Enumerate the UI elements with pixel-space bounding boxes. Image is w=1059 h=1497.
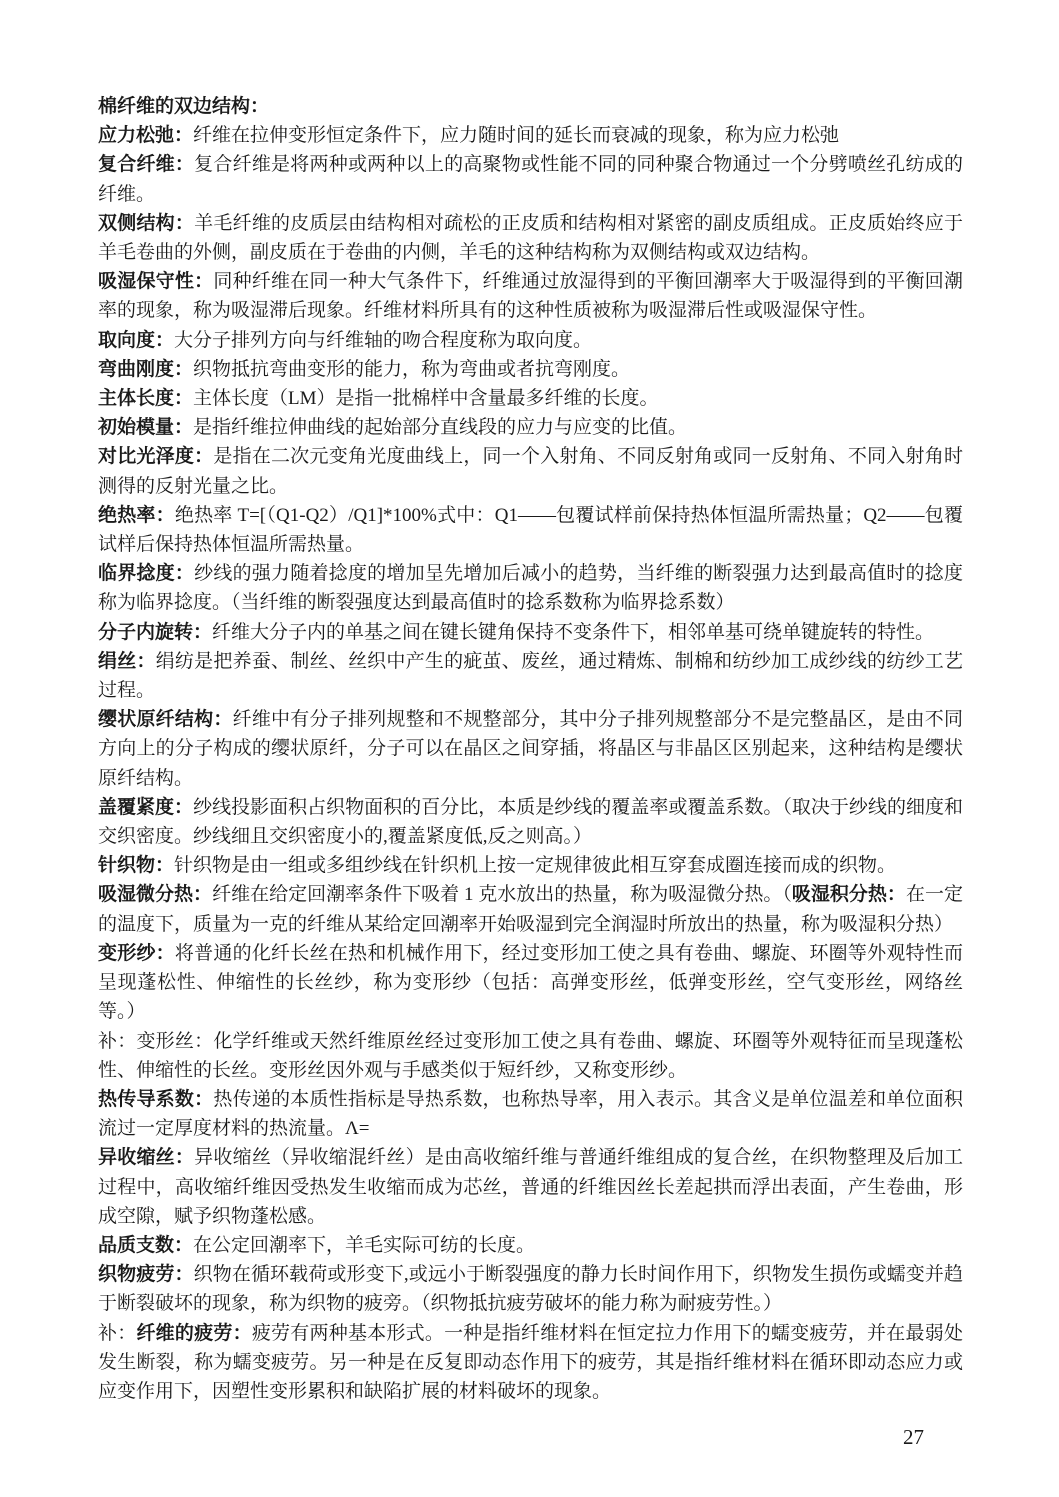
definition-paragraph: 分子内旋转：纤维大分子内的单基之间在键长键角保持不变条件下，相邻单基可绕单键旋转… xyxy=(98,618,963,647)
definition-paragraph: 对比光泽度：是指在二次元变角光度曲线上，同一个入射角、不同反射角或同一反射角、不… xyxy=(98,442,963,500)
definition-paragraph: 棉纤维的双边结构： xyxy=(98,92,963,121)
term-label: 主体长度： xyxy=(98,388,193,409)
definition-text: 绢纺是把养蚕、制丝、丝织中产生的疵茧、废丝，通过精炼、制棉和纺纱加工成纱线的纺纱… xyxy=(98,651,963,701)
term-label: 吸湿保守性： xyxy=(98,271,213,292)
definition-paragraph: 补：变形丝：化学纤维或天然纤维原丝经过变形加工使之具有卷曲、螺旋、环圈等外观特征… xyxy=(98,1027,963,1085)
definition-text: 主体长度（LM）是指一批棉样中含量最多纤维的长度。 xyxy=(193,388,659,409)
term-label: 对比光泽度： xyxy=(98,446,213,467)
definition-text: 热传递的本质性指标是导热系数，也称热导率，用入表示。其含义是单位温差和单位面积流… xyxy=(98,1089,963,1139)
term-label: 织物疲劳： xyxy=(98,1264,194,1285)
term-label: 纤维的疲劳： xyxy=(136,1323,251,1344)
definition-text: 纤维在拉伸变形恒定条件下，应力随时间的延长而衰减的现象，称为应力松弛 xyxy=(193,125,839,146)
definition-paragraph: 临界捻度：纱线的强力随着捻度的增加呈先增加后减小的趋势，当纤维的断裂强力达到最高… xyxy=(98,559,963,617)
definition-text: 将普通的化纤长丝在热和机械作用下，经过变形加工使之具有卷曲、螺旋、环圈等外观特性… xyxy=(98,943,963,1022)
definition-paragraph: 主体长度：主体长度（LM）是指一批棉样中含量最多纤维的长度。 xyxy=(98,384,963,413)
definition-paragraph: 应力松弛：纤维在拉伸变形恒定条件下，应力随时间的延长而衰减的现象，称为应力松弛 xyxy=(98,121,963,150)
definitions-list: 棉纤维的双边结构：应力松弛：纤维在拉伸变形恒定条件下，应力随时间的延长而衰减的现… xyxy=(98,92,963,1406)
definition-text: 补： xyxy=(98,1323,136,1344)
term-label: 绝热率： xyxy=(98,505,175,526)
definition-text: 纤维在给定回潮率条件下吸着 1 克水放出的热量，称为吸湿微分热。（ xyxy=(212,884,792,905)
term-label: 初始模量： xyxy=(98,417,193,438)
term-label: 异收缩丝： xyxy=(98,1147,194,1168)
definition-paragraph: 绝热率：绝热率 T=[（Q1-Q2）/Q1]*100%式中：Q1——包覆试样前保… xyxy=(98,501,963,559)
definition-text: 纱线投影面积占织物面积的百分比，本质是纱线的覆盖率或覆盖系数。（取决于纱线的细度… xyxy=(98,797,963,847)
term-label: 热传导系数： xyxy=(98,1089,213,1110)
page-number: 27 xyxy=(903,1424,963,1450)
definition-paragraph: 吸湿微分热：纤维在给定回潮率条件下吸着 1 克水放出的热量，称为吸湿微分热。（吸… xyxy=(98,880,963,938)
definition-text: 织物在循环载荷或形变下,或远小于断裂强度的静力长时间作用下，织物发生损伤或蠕变并… xyxy=(98,1264,963,1314)
definition-text: 大分子排列方向与纤维轴的吻合程度称为取向度。 xyxy=(174,330,592,351)
term-label: 缨状原纤结构： xyxy=(98,709,233,730)
term-label: 品质支数： xyxy=(98,1235,193,1256)
definition-paragraph: 弯曲刚度：织物抵抗弯曲变形的能力，称为弯曲或者抗弯刚度。 xyxy=(98,355,963,384)
definition-paragraph: 补：纤维的疲劳：疲劳有两种基本形式。一种是指纤维材料在恒定拉力作用下的蠕变疲劳，… xyxy=(98,1319,963,1407)
definition-text: 同种纤维在同一种大气条件下，纤维通过放湿得到的平衡回潮率大于吸湿得到的平衡回潮率… xyxy=(98,271,963,321)
definition-text: 羊毛纤维的皮质层由结构相对疏松的正皮质和结构相对紧密的副皮质组成。正皮质始终应于… xyxy=(98,213,963,263)
term-label: 吸湿积分热： xyxy=(792,884,906,905)
definition-text: 纱线的强力随着捻度的增加呈先增加后减小的趋势，当纤维的断裂强力达到最高值时的捻度… xyxy=(98,563,963,613)
term-label: 吸湿微分热： xyxy=(98,884,212,905)
definition-paragraph: 变形纱：将普通的化纤长丝在热和机械作用下，经过变形加工使之具有卷曲、螺旋、环圈等… xyxy=(98,939,963,1027)
term-label: 应力松弛： xyxy=(98,125,193,146)
term-label: 绢丝： xyxy=(98,651,156,672)
term-label: 弯曲刚度： xyxy=(98,359,193,380)
definition-paragraph: 盖覆紧度：纱线投影面积占织物面积的百分比，本质是纱线的覆盖率或覆盖系数。（取决于… xyxy=(98,793,963,851)
definition-paragraph: 绢丝：绢纺是把养蚕、制丝、丝织中产生的疵茧、废丝，通过精炼、制棉和纺纱加工成纱线… xyxy=(98,647,963,705)
definition-text: 在公定回潮率下，羊毛实际可纺的长度。 xyxy=(193,1235,535,1256)
definition-paragraph: 针织物：针织物是由一组或多组纱线在针织机上按一定规律彼此相互穿套成圈连接而成的织… xyxy=(98,851,963,880)
definition-text: 织物抵抗弯曲变形的能力，称为弯曲或者抗弯刚度。 xyxy=(193,359,630,380)
term-label: 取向度： xyxy=(98,330,174,351)
definition-paragraph: 双侧结构：羊毛纤维的皮质层由结构相对疏松的正皮质和结构相对紧密的副皮质组成。正皮… xyxy=(98,209,963,267)
definition-text: 是指纤维拉伸曲线的起始部分直线段的应力与应变的比值。 xyxy=(193,417,687,438)
term-label: 棉纤维的双边结构： xyxy=(98,96,269,117)
definition-text: 复合纤维是将两种或两种以上的高聚物或性能不同的同种聚合物通过一个分劈喷丝孔纺成的… xyxy=(98,154,963,204)
definition-text: 纤维大分子内的单基之间在键长键角保持不变条件下，相邻单基可绕单键旋转的特性。 xyxy=(212,622,934,643)
definition-paragraph: 热传导系数：热传递的本质性指标是导热系数，也称热导率，用入表示。其含义是单位温差… xyxy=(98,1085,963,1143)
term-label: 分子内旋转： xyxy=(98,622,212,643)
definition-paragraph: 异收缩丝：异收缩丝（异收缩混纤丝）是由高收缩纤维与普通纤维组成的复合丝，在织物整… xyxy=(98,1143,963,1231)
term-label: 变形纱： xyxy=(98,943,175,964)
definition-text: 针织物是由一组或多组纱线在针织机上按一定规律彼此相互穿套成圈连接而成的织物。 xyxy=(174,855,896,876)
definition-paragraph: 缨状原纤结构：纤维中有分子排列规整和不规整部分，其中分子排列规整部分不是完整晶区… xyxy=(98,705,963,793)
term-label: 盖覆紧度： xyxy=(98,797,193,818)
definition-paragraph: 品质支数：在公定回潮率下，羊毛实际可纺的长度。 xyxy=(98,1231,963,1260)
term-label: 临界捻度： xyxy=(98,563,194,584)
definition-text: 绝热率 T=[（Q1-Q2）/Q1]*100%式中：Q1——包覆试样前保持热体恒… xyxy=(98,505,963,555)
definition-paragraph: 复合纤维：复合纤维是将两种或两种以上的高聚物或性能不同的同种聚合物通过一个分劈喷… xyxy=(98,150,963,208)
definition-text: 是指在二次元变角光度曲线上，同一个入射角、不同反射角或同一反射角、不同入射角时测… xyxy=(98,446,963,496)
definition-text: 异收缩丝（异收缩混纤丝）是由高收缩纤维与普通纤维组成的复合丝，在织物整理及后加工… xyxy=(98,1147,963,1226)
definition-paragraph: 吸湿保守性：同种纤维在同一种大气条件下，纤维通过放湿得到的平衡回潮率大于吸湿得到… xyxy=(98,267,963,325)
definition-text: 补：变形丝：化学纤维或天然纤维原丝经过变形加工使之具有卷曲、螺旋、环圈等外观特征… xyxy=(98,1031,963,1081)
definition-paragraph: 初始模量：是指纤维拉伸曲线的起始部分直线段的应力与应变的比值。 xyxy=(98,413,963,442)
term-label: 复合纤维： xyxy=(98,154,194,175)
document-page: 棉纤维的双边结构：应力松弛：纤维在拉伸变形恒定条件下，应力随时间的延长而衰减的现… xyxy=(0,0,1059,1497)
definition-paragraph: 取向度：大分子排列方向与纤维轴的吻合程度称为取向度。 xyxy=(98,326,963,355)
term-label: 双侧结构： xyxy=(98,213,194,234)
term-label: 针织物： xyxy=(98,855,174,876)
definition-paragraph: 织物疲劳：织物在循环载荷或形变下,或远小于断裂强度的静力长时间作用下，织物发生损… xyxy=(98,1260,963,1318)
